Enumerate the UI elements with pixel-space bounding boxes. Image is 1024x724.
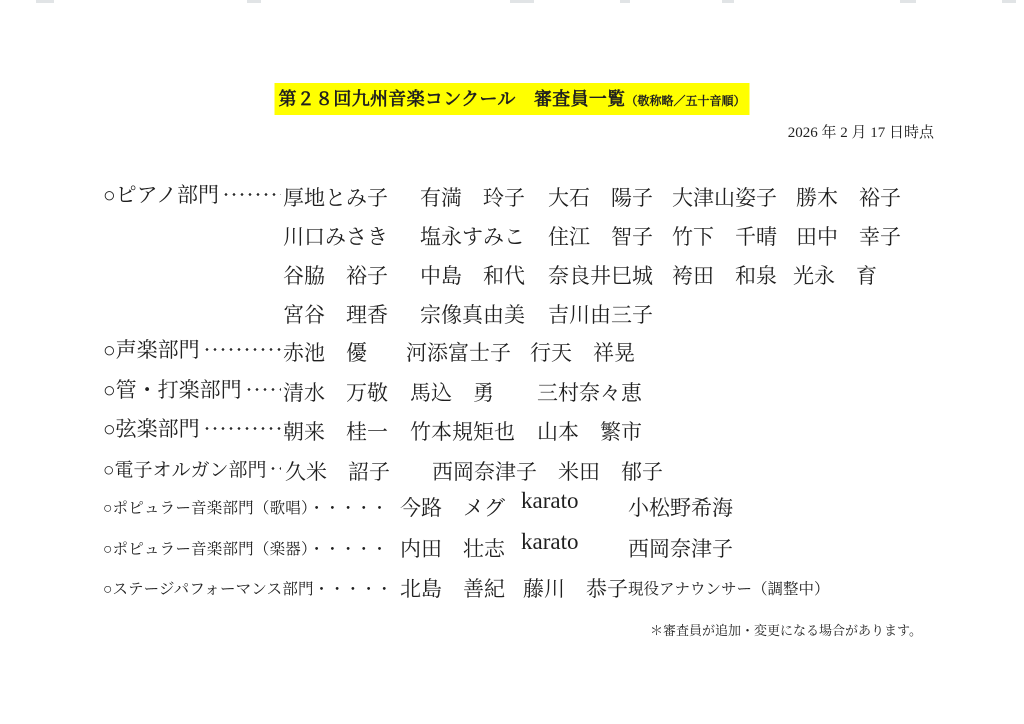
judge-name: 西岡奈津子 xyxy=(432,456,537,486)
judge-name-latin: karato xyxy=(521,488,578,514)
section-label-text: ○ステージパフォーマンス部門・・・・・ xyxy=(103,581,392,598)
judge-name: 奈良井巳城 xyxy=(548,260,653,290)
judge-row: ○ステージパフォーマンス部門・・・・・北島 善紀藤川 恭子現役アナウンサー（調整… xyxy=(0,573,1024,601)
judge-name: 北島 善紀 xyxy=(400,573,505,603)
judge-name: 馬込 勇 xyxy=(410,377,494,407)
footnote: ＊審査員が追加・変更になる場合があります。 xyxy=(650,620,922,639)
judge-name: 竹下 千晴 xyxy=(672,221,777,251)
scan-artifact xyxy=(722,0,734,3)
section-label-text: ○管・打楽部門 xyxy=(103,374,242,404)
judges-list: ○ピアノ部門厚地とみ子有満 玲子大石 陽子大津山姿子勝木 裕子川口みさき塩永すみ… xyxy=(0,0,1024,724)
judge-name: 西岡奈津子 xyxy=(628,533,733,563)
scan-artifact xyxy=(1002,0,1016,3)
judge-name-latin: karato xyxy=(521,529,578,555)
judge-name: 小松野希海 xyxy=(628,492,733,522)
judge-name: 山本 繁市 xyxy=(537,416,642,446)
judge-row: ○管・打楽部門清水 万敬馬込 勇三村奈々恵 xyxy=(0,377,1024,405)
judge-row: ○ポピュラー音楽部門（歌唱）・・・・・今路 メグkarato小松野希海 xyxy=(0,492,1024,520)
section-label: ○電子オルガン部門 xyxy=(103,456,283,480)
judge-name: 今路 メグ xyxy=(400,492,505,522)
judge-name: 内田 壮志 xyxy=(400,533,505,563)
section-label: ○ポピュラー音楽部門（歌唱）・・・・・ xyxy=(103,492,387,518)
section-label: ○ピアノ部門 xyxy=(103,182,283,206)
judge-name: 米田 郁子 xyxy=(558,456,663,486)
judge-name: 中島 和代 xyxy=(420,260,525,290)
judge-name: 厚地とみ子 xyxy=(283,182,388,212)
judge-name: 谷脇 裕子 xyxy=(283,260,388,290)
judge-row: ○弦楽部門朝来 桂一竹本規矩也山本 繁市 xyxy=(0,416,1024,444)
judge-name: 行天 祥晃 xyxy=(530,337,635,367)
section-label: ○弦楽部門 xyxy=(103,416,283,440)
scan-artifact xyxy=(247,0,261,3)
judge-name: 大津山姿子 xyxy=(672,182,777,212)
dot-leader xyxy=(222,184,281,205)
section-label: ○ポピュラー音楽部門（楽器）・・・・・ xyxy=(103,533,387,559)
judge-name: 朝来 桂一 xyxy=(283,416,388,446)
judge-name: 久米 詔子 xyxy=(285,456,390,486)
section-label-text: ○ポピュラー音楽部門（歌唱）・・・・・ xyxy=(103,500,387,517)
judge-name: 三村奈々恵 xyxy=(537,377,642,407)
judge-row: ○ピアノ部門厚地とみ子有満 玲子大石 陽子大津山姿子勝木 裕子 xyxy=(0,182,1024,210)
scan-artifact xyxy=(900,0,916,3)
judge-name: 河添富士子 xyxy=(406,337,511,367)
section-label: ○ステージパフォーマンス部門・・・・・ xyxy=(103,573,392,599)
judge-row: ○声楽部門赤池 優河添富士子行天 祥晃 xyxy=(0,337,1024,365)
scan-artifact xyxy=(620,0,630,3)
judge-name: 光永 育 xyxy=(793,260,877,290)
section-label: ○管・打楽部門 xyxy=(103,377,283,401)
scan-artifact xyxy=(510,0,534,3)
judge-name: 住江 智子 xyxy=(548,221,653,251)
section-label-text: ○電子オルガン部門 xyxy=(103,455,266,482)
judge-name: 袴田 和泉 xyxy=(672,260,777,290)
judge-row: 川口みさき塩永すみこ住江 智子竹下 千晴田中 幸子 xyxy=(0,221,1024,249)
judge-name: 宮谷 理香 xyxy=(283,299,388,329)
judge-name: 田中 幸子 xyxy=(796,221,901,251)
document-page: 第２８回九州音楽コンクール 審査員一覧（敬称略／五十音順） 2026 年 2 月… xyxy=(0,0,1024,724)
judge-name: 川口みさき xyxy=(283,221,388,251)
judge-row: 谷脇 裕子中島 和代奈良井巳城袴田 和泉光永 育 xyxy=(0,260,1024,288)
dot-leader xyxy=(203,339,281,360)
judge-name: 藤川 恭子 xyxy=(523,573,628,603)
judge-row: 宮谷 理香宗像真由美吉川由三子 xyxy=(0,299,1024,327)
judge-name: 塩永すみこ xyxy=(420,221,525,251)
judge-row: ○ポピュラー音楽部門（楽器）・・・・・内田 壮志karato西岡奈津子 xyxy=(0,533,1024,561)
judge-name: 大石 陽子 xyxy=(548,182,653,212)
judge-name: 吉川由三子 xyxy=(548,299,653,329)
section-label-text: ○声楽部門 xyxy=(103,334,200,364)
scan-artifact xyxy=(36,0,54,3)
dot-leader xyxy=(245,379,281,400)
section-label: ○声楽部門 xyxy=(103,337,283,361)
judge-name: 竹本規矩也 xyxy=(410,416,515,446)
judge-name: 有満 玲子 xyxy=(420,182,525,212)
section-label-text: ○弦楽部門 xyxy=(103,413,200,443)
judge-name: 現役アナウンサー（調整中） xyxy=(628,577,830,599)
judge-name: 勝木 裕子 xyxy=(796,182,901,212)
dot-leader xyxy=(203,418,281,439)
section-label-text: ○ピアノ部門 xyxy=(103,179,219,209)
judge-name: 宗像真由美 xyxy=(420,299,525,329)
section-label-text: ○ポピュラー音楽部門（楽器）・・・・・ xyxy=(103,541,387,558)
dot-leader xyxy=(269,458,281,479)
judge-name: 赤池 優 xyxy=(283,337,367,367)
judge-row: ○電子オルガン部門久米 詔子西岡奈津子米田 郁子 xyxy=(0,456,1024,484)
judge-name: 清水 万敬 xyxy=(283,377,388,407)
